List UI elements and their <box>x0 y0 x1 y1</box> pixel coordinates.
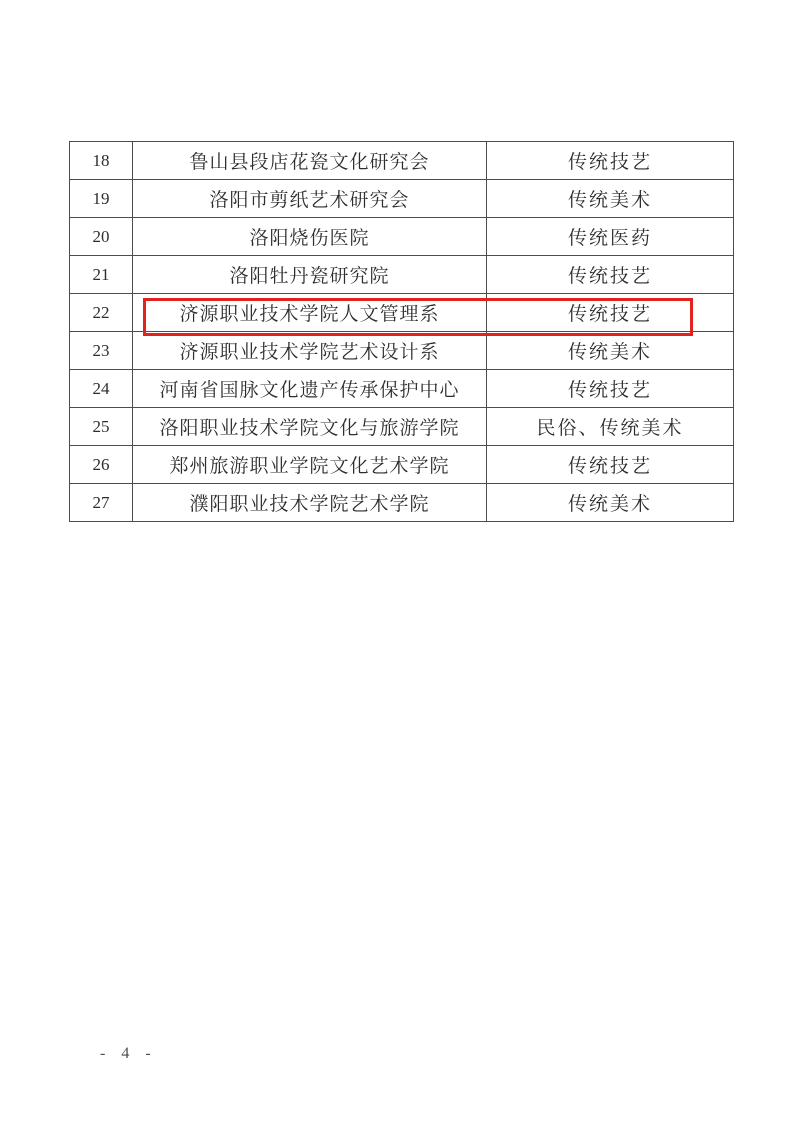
org-name-cell: 濮阳职业技术学院艺术学院 <box>133 484 487 522</box>
category-cell: 传统美术 <box>487 484 734 522</box>
row-number-cell: 25 <box>70 408 133 446</box>
row-number-cell: 22 <box>70 294 133 332</box>
org-name-cell: 郑州旅游职业学院文化艺术学院 <box>133 446 487 484</box>
category-cell: 传统美术 <box>487 332 734 370</box>
row-number-cell: 19 <box>70 180 133 218</box>
table-row: 20 洛阳烧伤医院 传统医药 <box>70 218 734 256</box>
org-name-cell: 济源职业技术学院艺术设计系 <box>133 332 487 370</box>
table-row: 19 洛阳市剪纸艺术研究会 传统美术 <box>70 180 734 218</box>
category-cell: 传统技艺 <box>487 142 734 180</box>
org-name-cell: 济源职业技术学院人文管理系 <box>133 294 487 332</box>
category-cell: 传统技艺 <box>487 446 734 484</box>
row-number-cell: 20 <box>70 218 133 256</box>
org-name-cell: 鲁山县段店花瓷文化研究会 <box>133 142 487 180</box>
document-page: 18 鲁山县段店花瓷文化研究会 传统技艺 19 洛阳市剪纸艺术研究会 传统美术 … <box>0 0 799 1131</box>
table-row: 18 鲁山县段店花瓷文化研究会 传统技艺 <box>70 142 734 180</box>
row-number-cell: 21 <box>70 256 133 294</box>
org-name-cell: 河南省国脉文化遗产传承保护中心 <box>133 370 487 408</box>
table-row: 24 河南省国脉文化遗产传承保护中心 传统技艺 <box>70 370 734 408</box>
row-number-cell: 26 <box>70 446 133 484</box>
category-cell: 传统美术 <box>487 180 734 218</box>
row-number-cell: 24 <box>70 370 133 408</box>
table-row: 25 洛阳职业技术学院文化与旅游学院 民俗、传统美术 <box>70 408 734 446</box>
row-number-cell: 18 <box>70 142 133 180</box>
category-cell: 传统技艺 <box>487 294 734 332</box>
category-cell: 传统医药 <box>487 218 734 256</box>
row-number-cell: 27 <box>70 484 133 522</box>
category-cell: 传统技艺 <box>487 256 734 294</box>
registry-table: 18 鲁山县段店花瓷文化研究会 传统技艺 19 洛阳市剪纸艺术研究会 传统美术 … <box>69 141 734 522</box>
table-row: 23 济源职业技术学院艺术设计系 传统美术 <box>70 332 734 370</box>
org-name-cell: 洛阳烧伤医院 <box>133 218 487 256</box>
org-name-cell: 洛阳牡丹瓷研究院 <box>133 256 487 294</box>
category-cell: 传统技艺 <box>487 370 734 408</box>
table-row: 27 濮阳职业技术学院艺术学院 传统美术 <box>70 484 734 522</box>
page-number-footer: - 4 - <box>100 1045 157 1063</box>
row-number-cell: 23 <box>70 332 133 370</box>
category-cell: 民俗、传统美术 <box>487 408 734 446</box>
table-row: 26 郑州旅游职业学院文化艺术学院 传统技艺 <box>70 446 734 484</box>
table-row: 21 洛阳牡丹瓷研究院 传统技艺 <box>70 256 734 294</box>
org-name-cell: 洛阳职业技术学院文化与旅游学院 <box>133 408 487 446</box>
org-name-cell: 洛阳市剪纸艺术研究会 <box>133 180 487 218</box>
registry-table-container: 18 鲁山县段店花瓷文化研究会 传统技艺 19 洛阳市剪纸艺术研究会 传统美术 … <box>69 141 734 522</box>
table-row-highlighted: 22 济源职业技术学院人文管理系 传统技艺 <box>70 294 734 332</box>
